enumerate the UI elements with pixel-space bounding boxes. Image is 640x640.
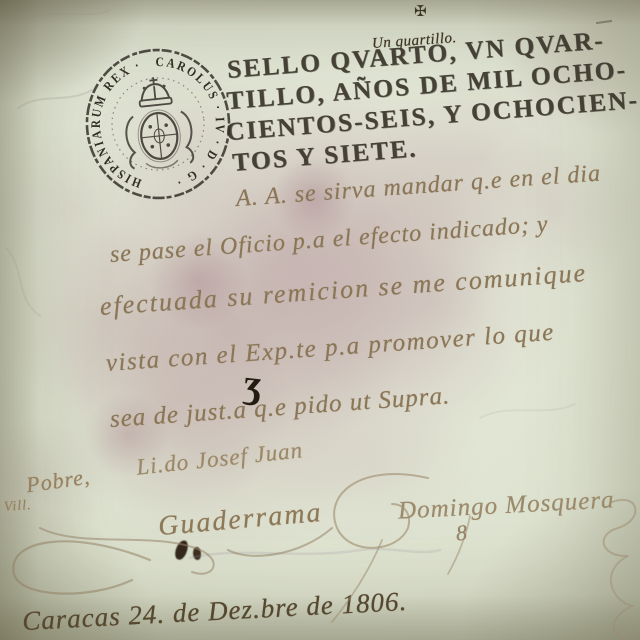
manuscript-page: ✠ Un quartillo. SELLO QVARTO, VN QVAR- T… <box>0 0 640 640</box>
seal-crown <box>137 76 172 107</box>
ink-blot <box>173 539 190 561</box>
signature-guaderrama: Guaderrama <box>157 497 324 543</box>
manuscript-line: sea de just.a q.e pido ut Supra. <box>109 382 451 434</box>
manuscript-line: se pase el Oficio p.a el efecto indicado… <box>109 211 549 269</box>
left-loop-flourish <box>13 541 150 593</box>
ink-blot <box>192 547 202 561</box>
bottom-right-curl-flourish <box>611 556 632 640</box>
seal-legend-left: HISPANIARUM REX · <box>81 56 155 195</box>
royal-seal: CAROLUS · IV · D · G · HISPANIARUM REX · <box>63 27 252 220</box>
ghost-stroke <box>30 10 110 18</box>
cross-mark-icon: ✠ <box>414 2 427 20</box>
svg-text:CAROLUS · IV · D · G ·: CAROLUS · IV · D · G · <box>154 47 235 192</box>
ghost-stroke <box>480 404 575 418</box>
signature-mosquera: Domingo Mosquera <box>397 486 615 525</box>
seal-shield <box>136 108 183 164</box>
ghost-stroke <box>6 248 40 316</box>
manuscript-line: vista con el Exp.te p.a promover lo que <box>105 319 556 378</box>
margin-note-pobre: Pobre, <box>25 464 92 499</box>
dateline: Caracas 24. de Dez.bre de 1806. <box>21 586 408 637</box>
seal-legend-right: CAROLUS · IV · D · G · <box>154 47 235 192</box>
manuscript-line: efectuada su remicion se me comunique <box>99 258 588 322</box>
signature-licenciado: Li.do Josef Juan <box>135 437 304 480</box>
ghost-stroke <box>190 549 440 558</box>
margin-note: Vill. <box>3 498 32 516</box>
signature-flourish-mark: 8 <box>455 520 469 547</box>
revenue-stamp-text: SELLO QVARTO, VN QVAR- TILLO, AÑOS DE MI… <box>226 20 640 177</box>
svg-text:HISPANIARUM REX ·: HISPANIARUM REX · <box>81 56 155 195</box>
